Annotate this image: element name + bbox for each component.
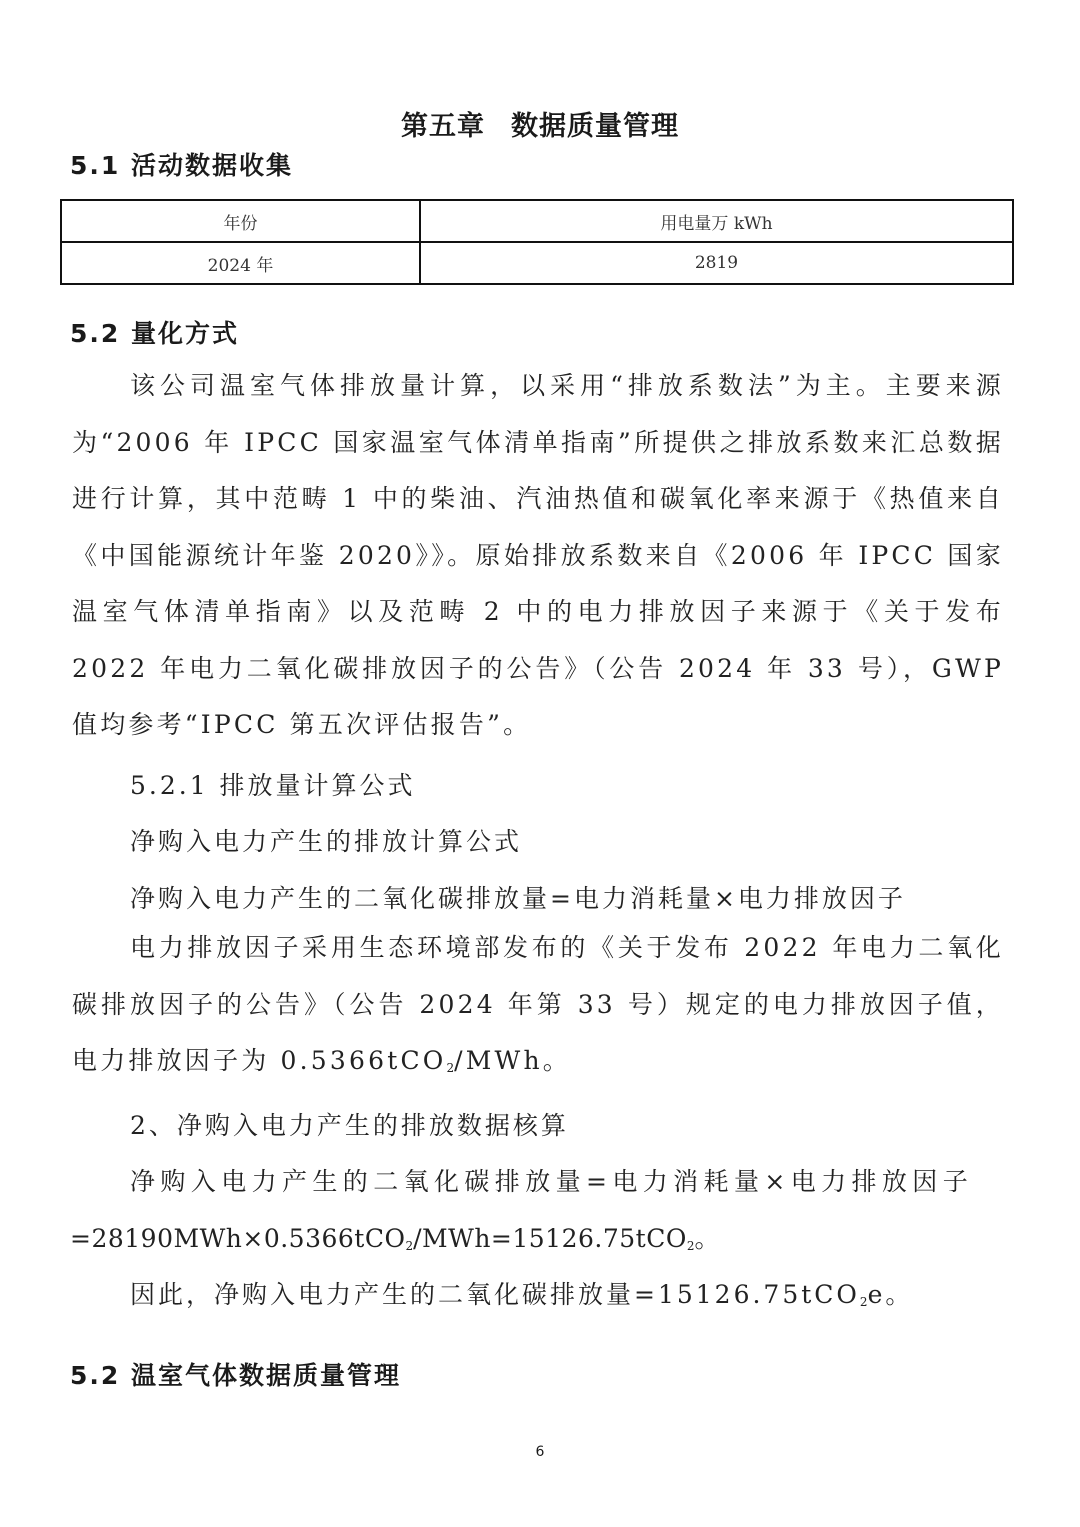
chapter-name: 数据质量管理: [511, 111, 679, 142]
formula: 净购入电力产生的二氧化碳排放量=电力消耗量×电力排放因子: [130, 879, 906, 915]
section-heading-ghg-quality: 5.2 温室气体数据质量管理: [70, 1356, 401, 1392]
calc-formula: 净购入电力产生的二氧化碳排放量=电力消耗量×电力排放因子: [130, 1162, 973, 1198]
chapter-title: 第五章数据质量管理: [0, 104, 1080, 143]
section-heading-5-1: 5.1 活动数据收集: [70, 146, 293, 182]
header-year: 年份: [61, 200, 420, 242]
section-heading-5-2: 5.2 量化方式: [70, 314, 239, 350]
cell-electricity: 2819: [420, 242, 1013, 284]
chapter-number: 第五章: [401, 111, 485, 142]
formula-title: 净购入电力产生的排放计算公式: [130, 822, 522, 858]
conclusion-line: 因此，净购入电力产生的二氧化碳排放量=15126.75tCO2e。: [130, 1275, 913, 1311]
header-electricity: 用电量万 kWh: [420, 200, 1013, 242]
table-header-row: 年份 用电量万 kWh: [61, 200, 1013, 242]
cell-year: 2024 年: [61, 242, 420, 284]
activity-data-table: 年份 用电量万 kWh 2024 年 2819: [60, 199, 1014, 285]
page-number: 6: [0, 1444, 1080, 1460]
table-row: 2024 年 2819: [61, 242, 1013, 284]
calc-result-line: =28190MWh×0.5366tCO2/MWh=15126.75tCO2。: [70, 1219, 720, 1255]
method-paragraph: 该公司温室气体排放量计算，以采用“排放系数法”为主。主要来源为“2006 年 I…: [72, 358, 1004, 754]
subsection-heading-5-2-1: 5.2.1 排放量计算公式: [130, 766, 416, 802]
calc-heading: 2、净购入电力产生的排放数据核算: [130, 1106, 569, 1142]
emission-factor-paragraph: 电力排放因子采用生态环境部发布的《关于发布 2022 年电力二氧化碳排放因子的公…: [72, 920, 1004, 1097]
